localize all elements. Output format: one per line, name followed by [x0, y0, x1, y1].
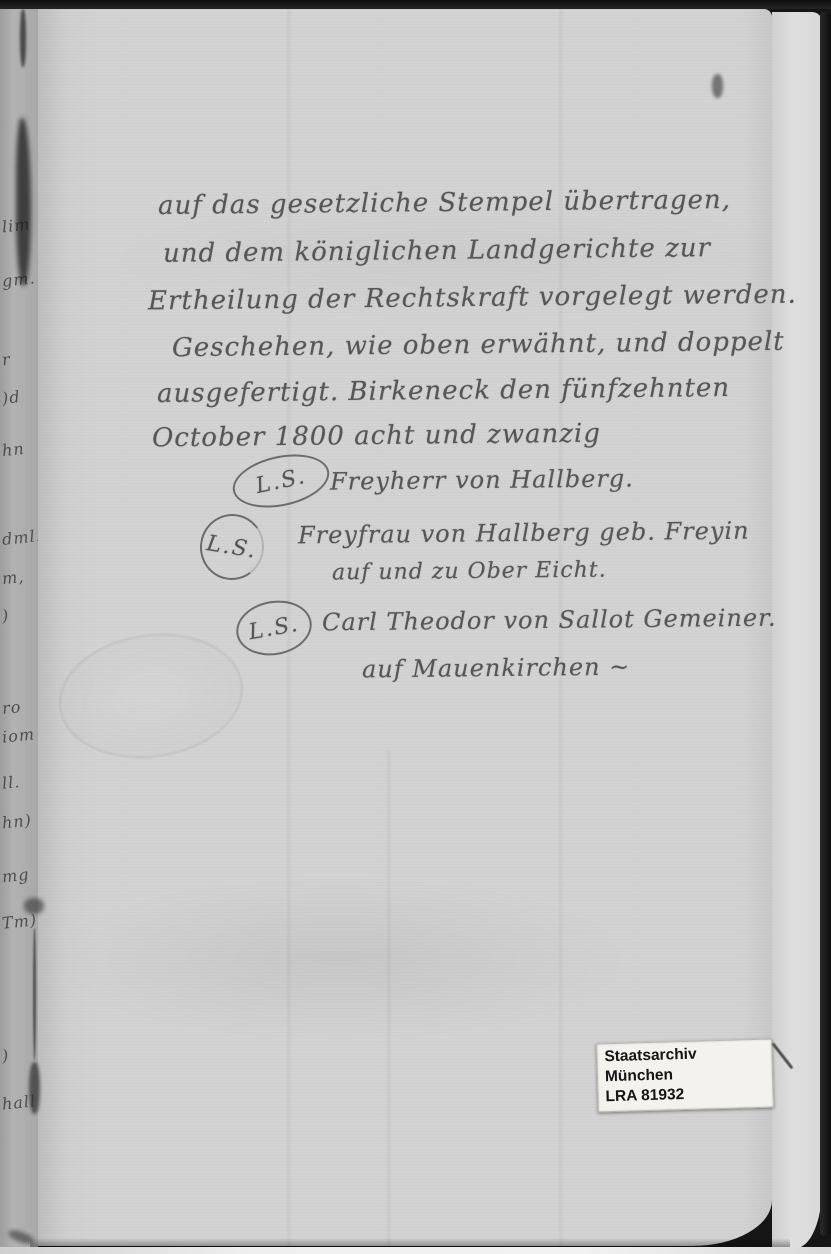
archival-document-scan: limgm.r)dhndml.m,)roiomll.hn)mgTm))hall … [0, 0, 831, 1254]
archive-label-line2: LRA 81932 [605, 1083, 766, 1108]
page-bottom-shadow [30, 1238, 790, 1247]
underlay-page-edge [772, 12, 822, 1248]
binding-stitch-thread [33, 928, 36, 1060]
margin-fragment: ) [1, 1046, 10, 1066]
paper-fold-crease [386, 751, 392, 1246]
margin-fragment: mg [1, 865, 30, 887]
margin-fragment: ll. [1, 772, 21, 793]
scan-frame-top [0, 0, 831, 9]
paper-watermark-stain [50, 622, 251, 771]
signature-name: Carl Theodor von Sallot Gemeiner. [322, 604, 777, 637]
margin-fragment: r [1, 350, 12, 370]
signature-name-line2: auf Mauenkirchen ~ [362, 653, 631, 684]
manuscript-line: und dem königlichen Landgerichte zur [163, 233, 711, 269]
archive-label-line1: Staatsarchiv München [604, 1043, 765, 1088]
scan-frame-bottom [0, 1247, 831, 1254]
ink-smudge [712, 74, 723, 98]
signature-name-line2: auf und zu Ober Eicht. [332, 558, 607, 586]
binding-stitch-knot [24, 898, 44, 914]
margin-fragment: iom [1, 724, 36, 746]
manuscript-line: auf das gesetzliche Stempel übertragen, [158, 185, 731, 221]
binding-ink-streak [20, 9, 26, 67]
scan-frame-right [820, 12, 831, 1236]
manuscript-line: Geschehen, wie oben erwähnt, und doppelt [172, 327, 785, 363]
signature-name: Freyfrau von Hallberg geb. Freyin [298, 517, 750, 550]
margin-fragment: hn [1, 439, 25, 460]
margin-fragment: ro [1, 697, 22, 718]
binding-stitch-blob [29, 1062, 40, 1114]
manuscript-line: October 1800 acht und zwanzig [152, 419, 601, 454]
margin-fragment: m, [1, 567, 25, 588]
margin-fragment: )d [1, 387, 21, 408]
margin-fragment: dml. [1, 526, 42, 549]
manuscript-line: ausgefertigt. Birkeneck den fünfzehnten [157, 373, 730, 409]
signature-name: Freyherr von Hallberg. [330, 464, 634, 495]
archive-label: Staatsarchiv München LRA 81932 [596, 1039, 774, 1113]
margin-fragment: ) [1, 606, 10, 626]
margin-fragment: hn) [1, 810, 33, 832]
